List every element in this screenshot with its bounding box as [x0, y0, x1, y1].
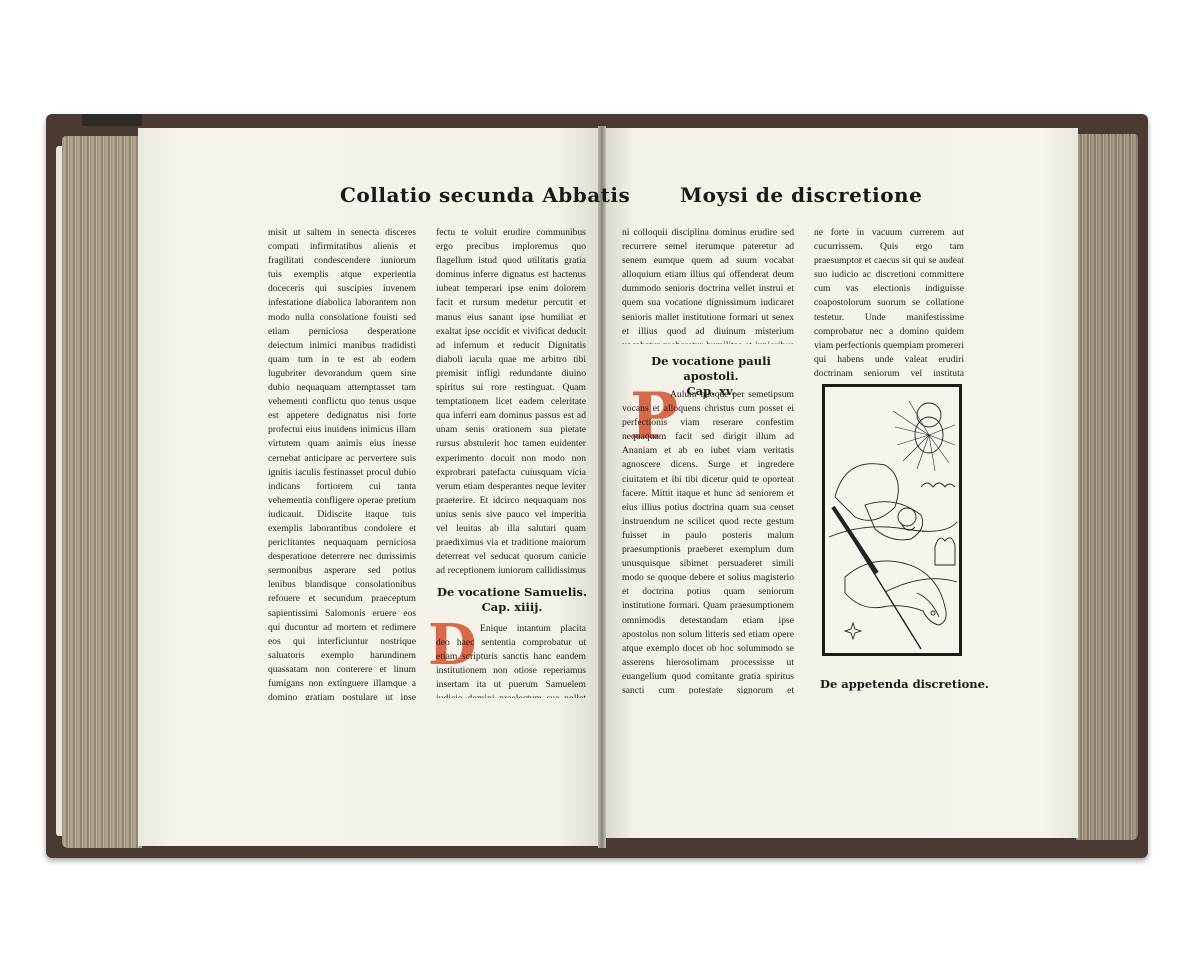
open-book-photo: Collatio secunda Abbatis misit ut saltem… — [0, 0, 1200, 960]
section-heading-samuel: De vocatione Samuelis. Cap. xiiij. — [432, 585, 592, 615]
column-text: fectu te voluit erudire communibus ergo … — [436, 226, 586, 578]
woodcut-caption: De appetenda discretione. — [820, 677, 989, 691]
column-text: misit ut saltem in senecta disceres comp… — [268, 226, 416, 700]
right-running-head: Moysi de discretione — [680, 183, 922, 207]
column-text: ne forte in vacuum currerem aut cucurris… — [814, 226, 964, 376]
column-text: Enique intantum placita deo haec sentent… — [436, 622, 586, 698]
column-text: Aulum quoque per semetipsum vocans et al… — [622, 388, 794, 694]
binding-label-strip — [82, 114, 142, 126]
conversion-of-paul-woodcut-icon — [825, 387, 959, 653]
samuel-section-text: Enique intantum placita deo haec sentent… — [436, 622, 586, 698]
left-page-column-1: misit ut saltem in senecta disceres comp… — [268, 226, 416, 700]
paul-section-text: Aulum quoque per semetipsum vocans et al… — [622, 388, 794, 694]
section-title: De vocatione Samuelis. — [432, 585, 592, 600]
left-page-edges — [62, 136, 142, 848]
column-text: ni colloquii disciplina dominus erudire … — [622, 226, 794, 344]
right-page-column-1-top: ni colloquii disciplina dominus erudire … — [622, 226, 794, 344]
left-running-head: Collatio secunda Abbatis — [340, 183, 630, 207]
left-page-column-2: fectu te voluit erudire communibus ergo … — [436, 226, 586, 578]
woodcut-illustration — [822, 384, 962, 656]
book-gutter — [598, 126, 606, 848]
right-page-column-2: ne forte in vacuum currerem aut cucurris… — [814, 226, 964, 376]
right-page-edges — [1076, 134, 1138, 840]
